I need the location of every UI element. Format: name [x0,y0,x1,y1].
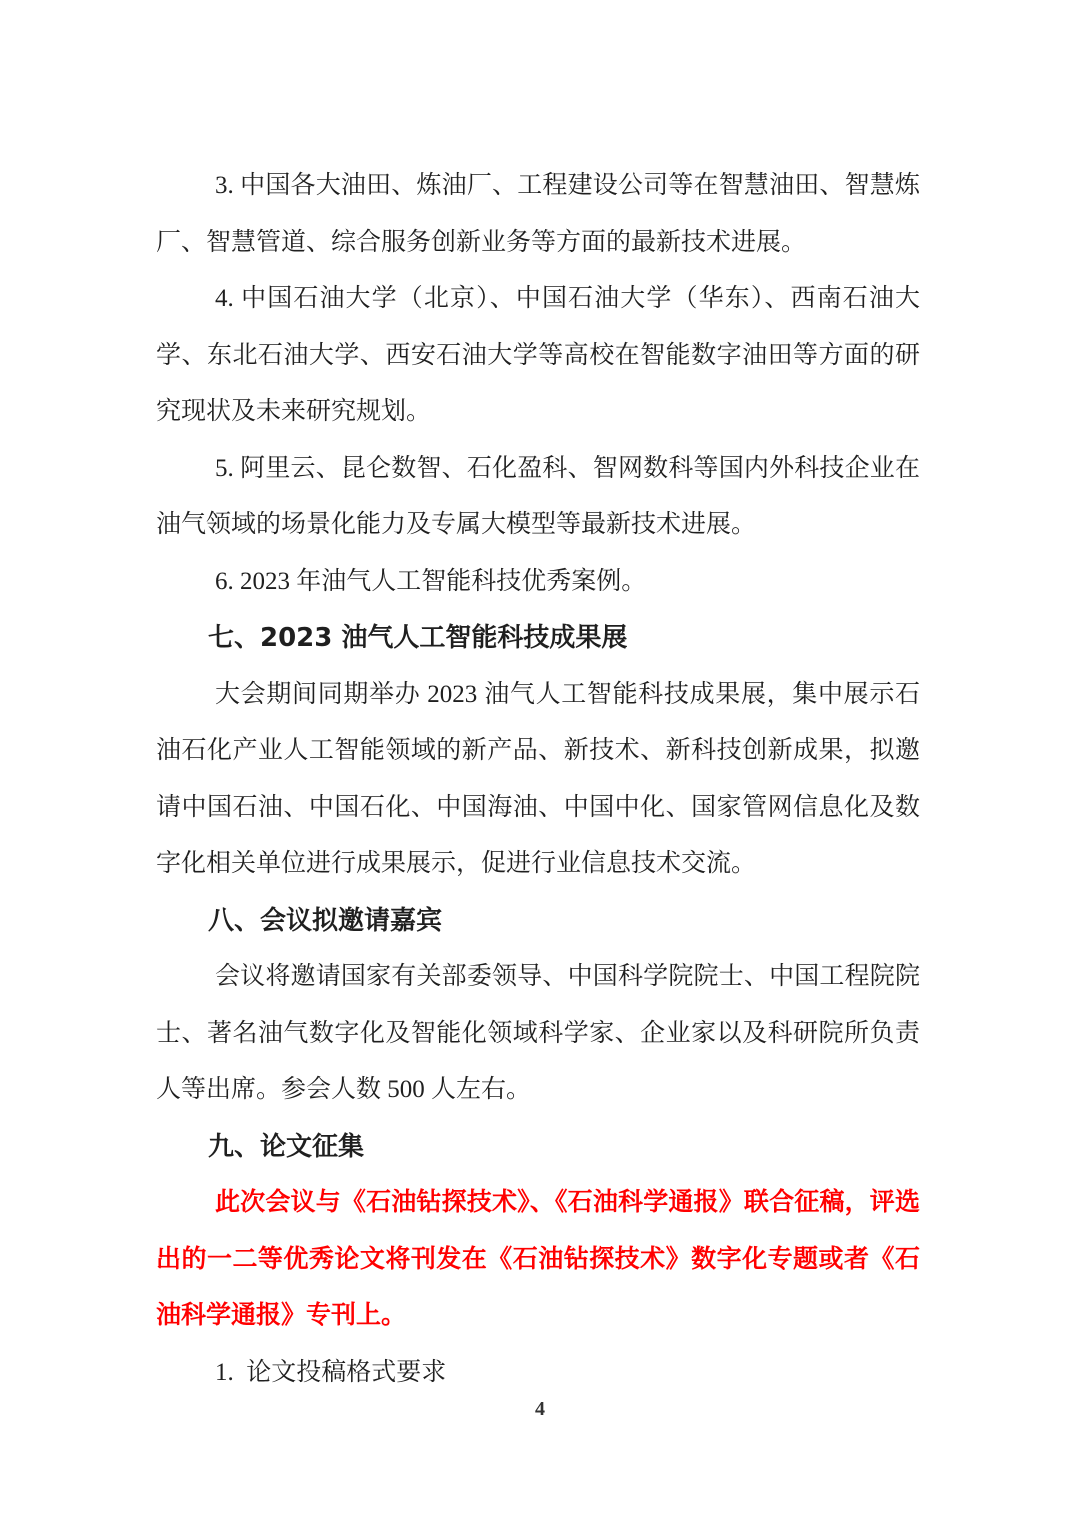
document-body: 3. 中国各大油田、炼油厂、工程建设公司等在智慧油田、智慧炼厂、智慧管道、综合服… [156,158,920,1401]
section-8-paragraph: 会议将邀请国家有关部委领导、中国科学院院士、中国工程院院士、著名油气数字化及智能… [156,949,920,1119]
subsection-item-1-submission-format: 1. 论文投稿格式要求 [156,1345,920,1402]
section-heading-7-achievements-expo: 七、2023 油气人工智能科技成果展 [156,610,920,667]
list-item-5: 5. 阿里云、昆仑数智、石化盈科、智网数科等国内外科技企业在油气领域的场景化能力… [156,441,920,554]
section-7-paragraph: 大会期间同期举办 2023 油气人工智能科技成果展，集中展示石油石化产业人工智能… [156,667,920,893]
section-heading-8-invited-guests: 八、会议拟邀请嘉宾 [156,893,920,950]
page-number: 4 [0,1398,1080,1421]
list-item-3: 3. 中国各大油田、炼油厂、工程建设公司等在智慧油田、智慧炼厂、智慧管道、综合服… [156,158,920,271]
section-heading-9-call-for-papers: 九、论文征集 [156,1119,920,1176]
call-for-papers-emphasis-paragraph: 此次会议与《石油钻探技术》、《石油科学通报》联合征稿，评选出的一二等优秀论文将刊… [156,1175,920,1345]
list-item-4: 4. 中国石油大学（北京）、中国石油大学（华东）、西南石油大学、东北石油大学、西… [156,271,920,441]
list-item-6: 6. 2023 年油气人工智能科技优秀案例。 [156,554,920,611]
